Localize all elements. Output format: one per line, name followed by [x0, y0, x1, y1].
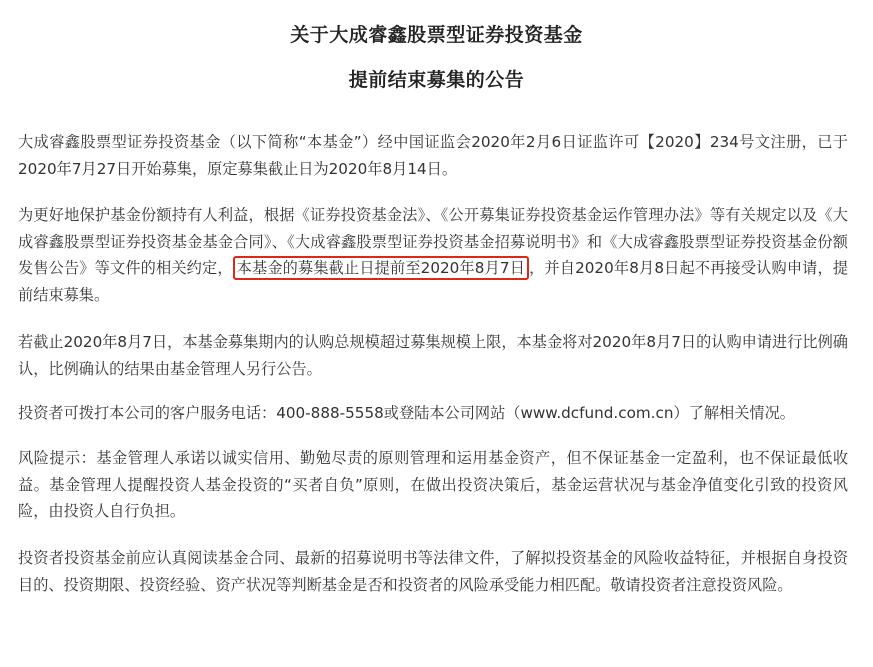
paragraph-contact: 投资者可拨打本公司的客户服务电话：400-888-5558或登陆本公司网站（ww… [18, 400, 848, 427]
paragraph-investor-advice: 投资者投资基金前应认真阅读基金合同、最新的招募说明书等法律文件，了解拟投资基金的… [18, 545, 848, 598]
announcement-document: 关于大成睿鑫股票型证券投资基金 提前结束募集的公告 大成睿鑫股票型证券投资基金（… [0, 0, 873, 667]
highlighted-deadline: 本基金的募集截止日提前至2020年8月7日 [233, 256, 529, 280]
title-line-2: 提前结束募集的公告 [0, 65, 873, 92]
title-line-1: 关于大成睿鑫股票型证券投资基金 [0, 20, 873, 47]
paragraph-early-close: 为更好地保护基金份额持有人利益，根据《证券投资基金法》、《公开募集证券投资基金运… [18, 202, 848, 308]
paragraph-registration: 大成睿鑫股票型证券投资基金（以下简称“本基金”）经中国证监会2020年2月6日证… [18, 129, 848, 182]
paragraph-ratio-confirmation: 若截止2020年8月7日，本基金募集期内的认购总规模超过募集规模上限，本基金将对… [18, 329, 848, 382]
paragraph-risk-notice: 风险提示：基金管理人承诺以诚实信用、勤勉尽责的原则管理和运用基金资产，但不保证基… [18, 445, 848, 525]
